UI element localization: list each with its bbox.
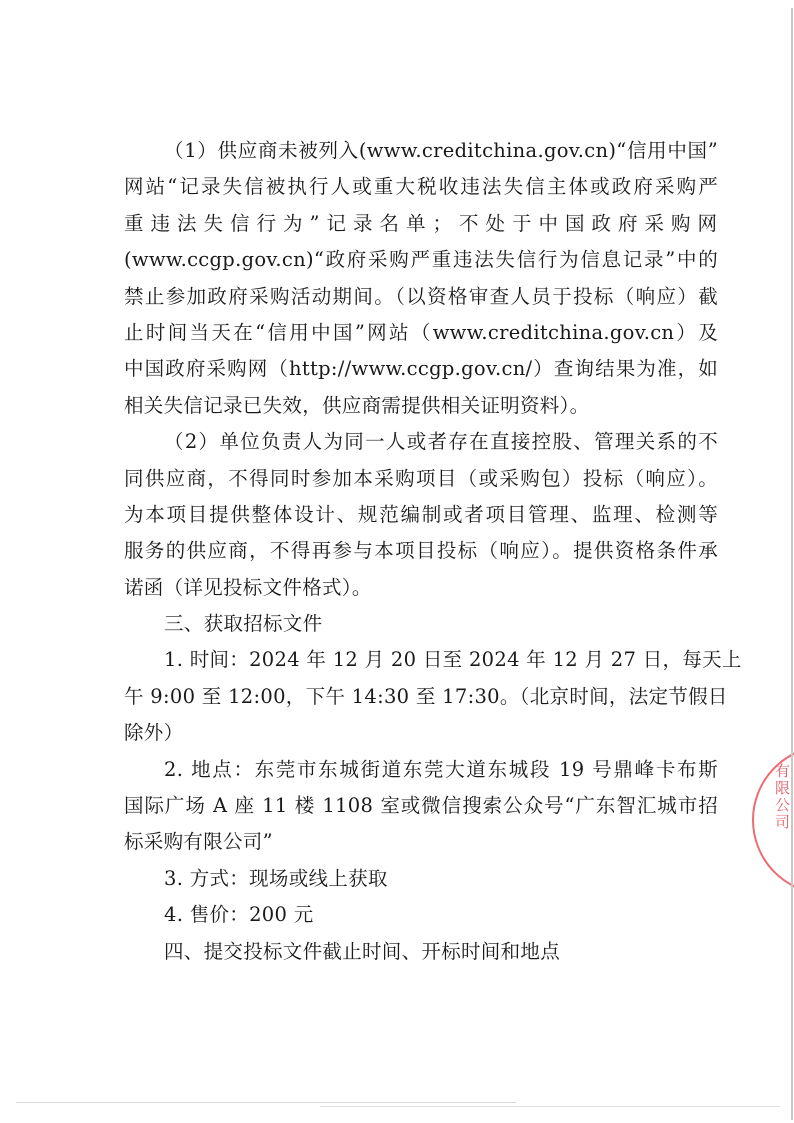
text-line: （1）供应商未被列入(www.creditchina.gov.cn)“信用中国”	[124, 133, 718, 169]
item-time: 1. 时间：2024 年 12 月 20 日至 2024 年 12 月 27 日…	[124, 642, 718, 751]
text-line: 除外）	[124, 715, 718, 751]
text-line: 同供应商，不得同时参加本采购项目（或采购包）投标（响应）。	[124, 461, 718, 497]
seal-text: 有限公司	[774, 763, 790, 831]
text-line: 2. 地点：东莞市东城街道东莞大道东城段 19 号鼎峰卡布斯	[124, 752, 718, 788]
text-line: 诺函（详见投标文件格式）。	[124, 570, 718, 606]
text-line: （2）单位负责人为同一人或者存在直接控股、管理关系的不	[124, 424, 718, 460]
paragraph-qualification-2: （2）单位负责人为同一人或者存在直接控股、管理关系的不 同供应商，不得同时参加本…	[124, 424, 718, 606]
scan-artifact-line	[320, 1106, 780, 1107]
scan-edge-line	[791, 8, 793, 1120]
item-price: 4. 售价：200 元	[124, 897, 718, 933]
text-line: 重违法失信行为”记录名单；不处于中国政府采购网	[124, 206, 718, 242]
text-line: 1. 时间：2024 年 12 月 20 日至 2024 年 12 月 27 日…	[124, 642, 718, 678]
text-line: 止时间当天在“信用中国”网站（www.creditchina.gov.cn）及	[124, 315, 718, 351]
section-heading: 四、提交投标文件截止时间、开标时间和地点	[124, 934, 718, 970]
document-body: （1）供应商未被列入(www.creditchina.gov.cn)“信用中国”…	[124, 133, 718, 970]
document-page: （1）供应商未被列入(www.creditchina.gov.cn)“信用中国”…	[0, 0, 794, 1123]
text-line: 禁止参加政府采购活动期间。（以资格审查人员于投标（响应）截	[124, 279, 718, 315]
text-line: 网站“记录失信被执行人或重大税收违法失信主体或政府采购严	[124, 169, 718, 205]
section-heading-obtain-documents: 三、获取招标文件	[124, 606, 718, 642]
company-seal-stamp: 有限公司	[752, 745, 794, 895]
text-line: (www.ccgp.gov.cn)“政府采购严重违法失信行为信息记录”中的	[124, 242, 718, 278]
text-line: 中国政府采购网（http://www.ccgp.gov.cn/）查询结果为准，如	[124, 351, 718, 387]
text-line: 4. 售价：200 元	[124, 897, 718, 933]
section-heading-submission-deadline: 四、提交投标文件截止时间、开标时间和地点	[124, 934, 718, 970]
paragraph-qualification-1: （1）供应商未被列入(www.creditchina.gov.cn)“信用中国”…	[124, 133, 718, 424]
text-line: 为本项目提供整体设计、规范编制或者项目管理、监理、检测等	[124, 497, 718, 533]
scan-artifact-line	[16, 1102, 516, 1103]
text-line: 相关失信记录已失效，供应商需提供相关证明资料）。	[124, 388, 718, 424]
text-line: 标采购有限公司”	[124, 824, 718, 860]
item-location: 2. 地点：东莞市东城街道东莞大道东城段 19 号鼎峰卡布斯 国际广场 A 座 …	[124, 752, 718, 861]
text-line: 午 9:00 至 12:00，下午 14:30 至 17:30。（北京时间，法定…	[124, 679, 718, 715]
item-method: 3. 方式：现场或线上获取	[124, 861, 718, 897]
section-heading: 三、获取招标文件	[124, 606, 718, 642]
text-line: 国际广场 A 座 11 楼 1108 室或微信搜索公众号“广东智汇城市招	[124, 788, 718, 824]
text-line: 服务的供应商，不得再参与本项目投标（响应）。提供资格条件承	[124, 533, 718, 569]
text-line: 3. 方式：现场或线上获取	[124, 861, 718, 897]
